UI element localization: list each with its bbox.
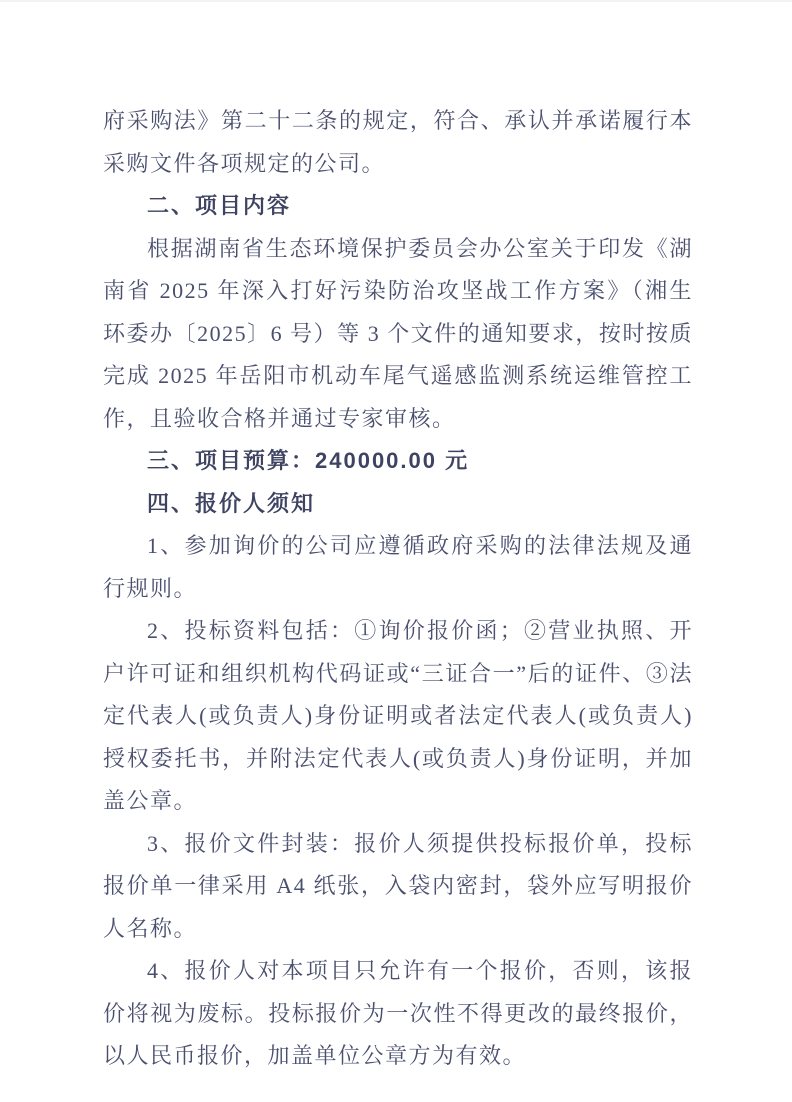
paragraph-notice-item-2: 2、投标资料包括：①询价报价函；②营业执照、开户许可证和组织机构代码证或“三证合… xyxy=(103,610,693,823)
section-heading-project-budget: 三、项目预算：240000.00 元 xyxy=(103,440,693,483)
paragraph-notice-item-1: 1、参加询价的公司应遵循政府采购的法律法规及通行规则。 xyxy=(103,525,693,610)
section-heading-project-content: 二、项目内容 xyxy=(103,185,693,228)
section-heading-bidder-notice: 四、报价人须知 xyxy=(103,483,693,526)
paragraph-notice-item-4: 4、报价人对本项目只允许有一个报价，否则，该报价将视为废标。投标报价为一次性不得… xyxy=(103,950,693,1078)
paragraph-notice-item-3: 3、报价文件封装：报价人须提供投标报价单，投标报价单一律采用 A4 纸张，入袋内… xyxy=(103,823,693,951)
paragraph-continuation: 府采购法》第二十二条的规定，符合、承认并承诺履行本采购文件各项规定的公司。 xyxy=(103,100,693,185)
document-content: 府采购法》第二十二条的规定，符合、承认并承诺履行本采购文件各项规定的公司。 二、… xyxy=(103,100,693,1078)
document-page: 府采购法》第二十二条的规定，符合、承认并承诺履行本采购文件各项规定的公司。 二、… xyxy=(0,0,792,1102)
paragraph-project-content: 根据湖南省生态环境保护委员会办公室关于印发《湖南省 2025 年深入打好污染防治… xyxy=(103,228,693,441)
